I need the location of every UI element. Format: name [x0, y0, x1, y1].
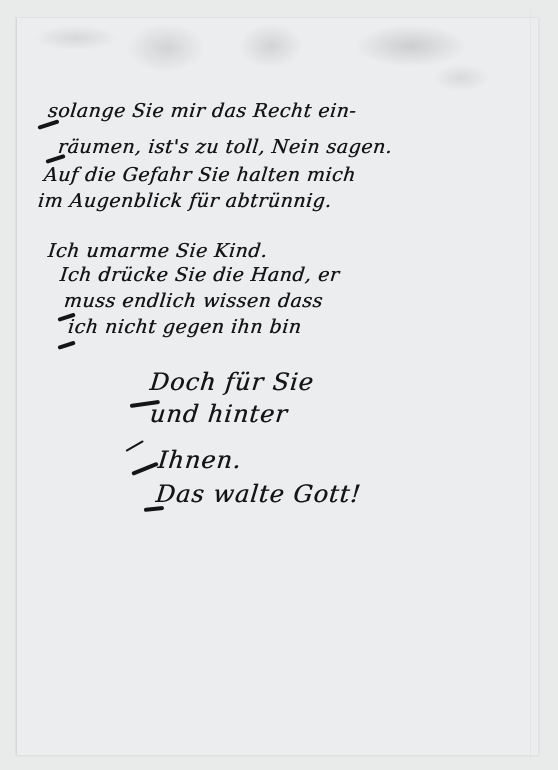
handwritten-letter: solange Sie mir das Recht ein- räumen, i…	[0, 0, 558, 770]
letter-line: solange Sie mir das Recht ein-	[47, 100, 358, 122]
letter-line: im Augenblick für abtrünnig.	[37, 190, 333, 212]
ink-stroke	[57, 341, 75, 350]
ink-stroke	[126, 440, 144, 452]
ink-stroke	[45, 154, 65, 164]
letter-line: muss endlich wissen dass	[63, 290, 324, 312]
letter-line: und hinter	[149, 400, 290, 428]
letter-line: Ihnen.	[157, 446, 244, 474]
letter-line: Auf die Gefahr Sie halten mich	[43, 164, 357, 186]
letter-line: Das walte Gott!	[155, 480, 363, 508]
letter-line: Ich drücke Sie die Hand, er	[59, 264, 341, 286]
letter-line: ich nicht gegen ihn bin	[67, 316, 303, 338]
letter-line: Doch für Sie	[149, 368, 316, 396]
ink-stroke	[131, 462, 158, 476]
letter-line: Ich umarme Sie Kind.	[47, 240, 269, 262]
letter-line: räumen, ist's zu toll, Nein sagen.	[57, 136, 394, 158]
ink-stroke	[144, 506, 164, 512]
